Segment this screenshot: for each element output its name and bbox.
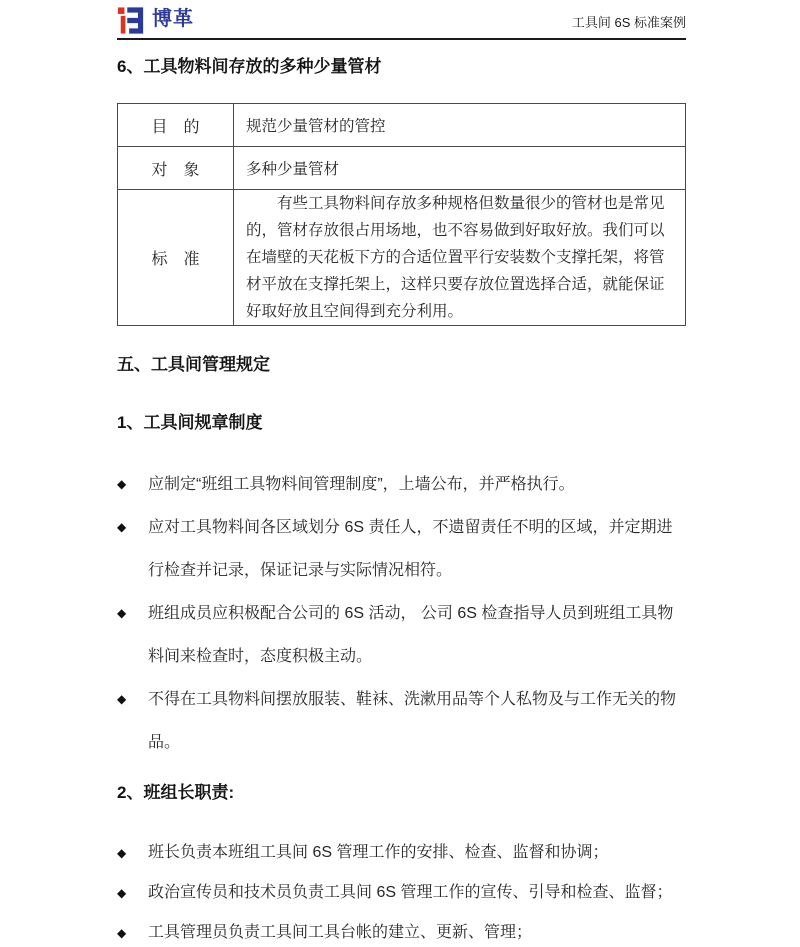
bullet-item: ◆ 应制定“班组工具物料间管理制度”，上墙公布，并严格执行。 <box>117 463 686 506</box>
section-6-title: 6、工具物料间存放的多种少量管材 <box>117 56 686 77</box>
table-row-purpose: 目 的 规范少量管材的管控 <box>118 104 686 147</box>
table-row-standard: 标 准 有些工具物料间存放多种规格但数量很少的管材也是常见的，管材存放很占用场地… <box>118 190 686 326</box>
diamond-bullet-icon: ◆ <box>117 678 148 764</box>
row-label-object: 对 象 <box>118 147 234 190</box>
bullet-item: ◆ 班长负责本班组工具间 6S 管理工作的安排、检查、监督和协调； <box>117 833 686 873</box>
row-value-object: 多种少量管材 <box>234 147 686 190</box>
diamond-bullet-icon: ◆ <box>117 506 148 592</box>
page-header: 博革 工具间 6S 标准案例 <box>117 0 686 40</box>
row-value-standard: 有些工具物料间存放多种规格但数量很少的管材也是常见的，管材存放很占用场地，也不容… <box>234 190 686 326</box>
bullet-item: ◆ 不得在工具物料间摆放服装、鞋袜、洗漱用品等个人私物及与工作无关的物品。 <box>117 678 686 764</box>
bullet-text: 不得在工具物料间摆放服装、鞋袜、洗漱用品等个人私物及与工作无关的物品。 <box>148 678 679 764</box>
bullet-text: 班长负责本班组工具间 6S 管理工作的安排、检查、监督和协调； <box>148 833 679 873</box>
doc-header-title: 工具间 6S 标准案例 <box>572 12 686 36</box>
boge-logo-icon <box>117 6 145 35</box>
bullet-item: ◆ 政治宣传员和技术员负责工具间 6S 管理工作的宣传、引导和检查、监督； <box>117 873 686 913</box>
page-content: 博革 工具间 6S 标准案例 6、工具物料间存放的多种少量管材 目 的 规范少量… <box>117 0 686 947</box>
diamond-bullet-icon: ◆ <box>117 873 148 913</box>
row-label-purpose: 目 的 <box>118 104 234 147</box>
logo: 博革 <box>117 6 194 36</box>
bullet-text: 应制定“班组工具物料间管理制度”，上墙公布，并严格执行。 <box>148 463 679 506</box>
bullet-item: ◆ 工具管理员负责工具间工具台帐的建立、更新、管理； <box>117 913 686 947</box>
row-label-standard: 标 准 <box>118 190 234 326</box>
bullet-text: 班组成员应积极配合公司的 6S 活动， 公司 6S 检查指导人员到班组工具物料间… <box>148 592 679 678</box>
section-5-title: 五、工具间管理规定 <box>117 354 686 375</box>
subsection-1-title: 1、工具间规章制度 <box>117 412 686 433</box>
bullet-item: ◆ 应对工具物料间各区域划分 6S 责任人，不遗留责任不明的区域，并定期进行检查… <box>117 506 686 592</box>
bullet-text: 政治宣传员和技术员负责工具间 6S 管理工作的宣传、引导和检查、监督； <box>148 873 679 913</box>
diamond-bullet-icon: ◆ <box>117 833 148 873</box>
document-page: 博革 工具间 6S 标准案例 6、工具物料间存放的多种少量管材 目 的 规范少量… <box>0 0 800 947</box>
logo-text: 博革 <box>152 9 194 33</box>
rules-bullet-list: ◆ 应制定“班组工具物料间管理制度”，上墙公布，并严格执行。 ◆ 应对工具物料间… <box>117 463 686 764</box>
table-row-object: 对 象 多种少量管材 <box>118 147 686 190</box>
standards-table: 目 的 规范少量管材的管控 对 象 多种少量管材 标 准 有些工具物料间存放多种… <box>117 103 686 326</box>
duties-bullet-list: ◆ 班长负责本班组工具间 6S 管理工作的安排、检查、监督和协调； ◆ 政治宣传… <box>117 833 686 947</box>
bullet-text: 工具管理员负责工具间工具台帐的建立、更新、管理； <box>148 913 679 947</box>
diamond-bullet-icon: ◆ <box>117 913 148 947</box>
bullet-text: 应对工具物料间各区域划分 6S 责任人，不遗留责任不明的区域，并定期进行检查并记… <box>148 506 679 592</box>
bullet-item: ◆ 班组成员应积极配合公司的 6S 活动， 公司 6S 检查指导人员到班组工具物… <box>117 592 686 678</box>
subsection-2-title: 2、班组长职责: <box>117 782 686 803</box>
diamond-bullet-icon: ◆ <box>117 463 148 506</box>
row-value-purpose: 规范少量管材的管控 <box>234 104 686 147</box>
diamond-bullet-icon: ◆ <box>117 592 148 678</box>
